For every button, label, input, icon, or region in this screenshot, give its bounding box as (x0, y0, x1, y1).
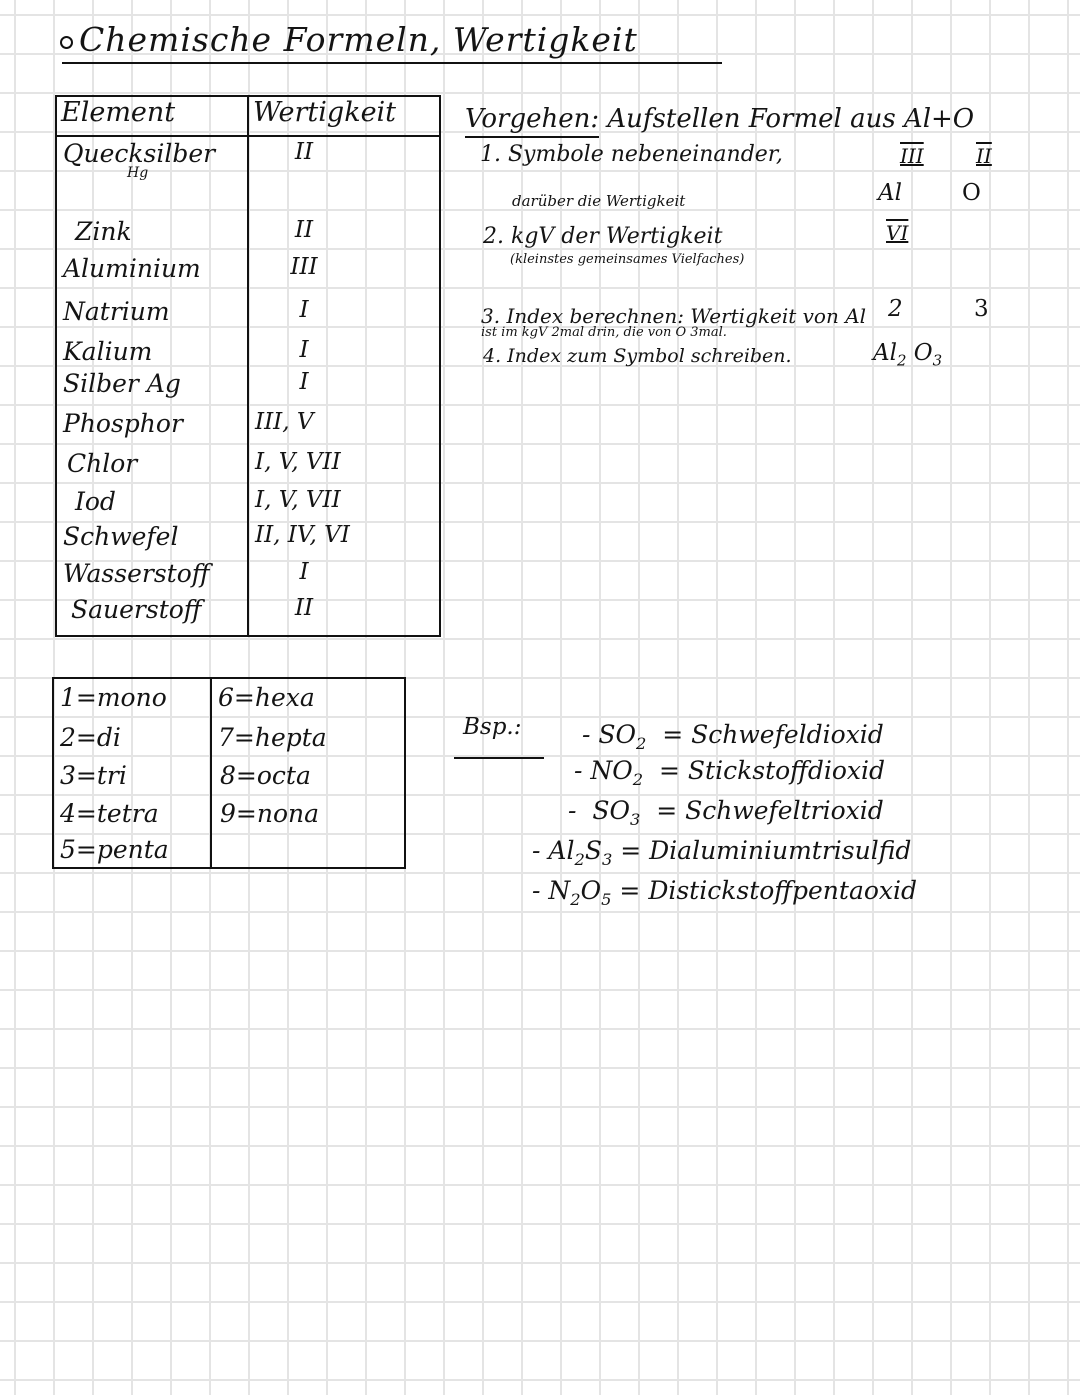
procedure-heading-rest: Aufstellen Formel aus Al+O (607, 104, 974, 134)
valence-o: II (976, 144, 992, 168)
symbol-o: O (962, 180, 981, 206)
element-name: Chlor (67, 449, 137, 478)
compound-name: Schwefeldioxid (691, 720, 884, 749)
element-name: Phosphor (63, 409, 183, 438)
step-2: 2. kgV der Wertigkeit (483, 224, 722, 249)
example-item: - NO2 = Stickstoffdioxid (574, 756, 885, 789)
step-3-detail: ist im kgV 2mal drin, die von O 3mal. (481, 325, 727, 340)
element-name: Natrium (63, 297, 170, 326)
compound-name: Stickstoffdioxid (688, 756, 885, 785)
step-1: 1. Symbole nebeneinander, (480, 142, 783, 167)
element-valence: II, IV, VI (255, 522, 350, 548)
procedure-heading-label: Vorgehen: (465, 104, 599, 138)
table-row: Natrium I (57, 297, 439, 327)
element-name: Quecksilber (63, 139, 215, 168)
result-o: O (914, 340, 933, 366)
formula-part: O (581, 876, 602, 905)
formula-part: N (548, 876, 570, 905)
formula-part: SO (598, 720, 636, 749)
example-item: - SO2 = Schwefeldioxid (582, 720, 884, 753)
element-name: Iod (75, 487, 116, 516)
kgv-value: VI (886, 221, 908, 245)
formula-index: 2 (633, 770, 643, 789)
element-valence: II (249, 595, 359, 621)
table-row: Chlor I, V, VII (57, 449, 439, 479)
formula-index: 2 (636, 734, 646, 753)
element-valence: II (249, 217, 359, 243)
element-valence: I, V, VII (255, 487, 341, 513)
formula-index: 3 (602, 850, 612, 869)
element-name: Zink (75, 217, 132, 246)
result-al-index: 2 (897, 352, 907, 370)
examples-label-underline (454, 757, 544, 759)
formula-index: 2 (574, 850, 584, 869)
compound-name: Schwefeltrioxid (685, 796, 884, 825)
prefix-item: 4=tetra (60, 799, 159, 828)
table-row: Schwefel II, IV, VI (57, 522, 439, 552)
element-name: Silber Ag (63, 369, 181, 398)
element-valence: II (249, 139, 359, 165)
prefix-table-divider (210, 679, 212, 867)
table-row: Kalium I (57, 337, 439, 367)
page-title: Chemische Formeln, Wertigkeit (60, 20, 638, 59)
compound-name: Dialuminiumtrisulfid (649, 836, 911, 865)
table-row: Silber Ag I (57, 369, 439, 399)
example-item: - Al2S3 = Dialuminiumtrisulfid (532, 836, 911, 869)
table-row: Iod I, V, VII (57, 487, 439, 517)
symbol-al: Al (878, 180, 902, 206)
element-name: Aluminium (63, 254, 201, 283)
prefix-item: 2=di (60, 723, 121, 752)
compound-name: Distickstoffpentaoxid (648, 876, 917, 905)
valence-table: Element Wertigkeit Quecksilber Hg II Zin… (55, 95, 441, 637)
element-name: Kalium (63, 337, 152, 366)
element-valence: I, V, VII (255, 449, 341, 475)
procedure-heading: Vorgehen: Aufstellen Formel aus Al+O (465, 104, 974, 134)
table-row: Zink II (57, 217, 439, 247)
element-symbol: Hg (127, 165, 148, 181)
example-item: - N2O5 = Distickstoffpentaoxid (532, 876, 917, 909)
result-al: Al (873, 340, 897, 366)
step-2-detail: (kleinstes gemeinsames Vielfaches) (510, 252, 744, 267)
element-valence: I (249, 559, 359, 585)
element-valence: III (249, 254, 359, 280)
element-name: Schwefel (63, 522, 178, 551)
element-valence: III, V (255, 409, 314, 435)
element-valence: I (249, 337, 359, 363)
prefix-item: 3=tri (60, 761, 127, 790)
page-title-text: Chemische Formeln, Wertigkeit (79, 20, 638, 59)
table-row: Wasserstoff I (57, 559, 439, 589)
result-o-index: 3 (933, 352, 943, 370)
formula-part: NO (590, 756, 632, 785)
prefix-item: 5=penta (60, 835, 169, 864)
formula-part: S (585, 836, 602, 865)
table-row: Sauerstoff II (57, 595, 439, 625)
prefix-item: 7=hepta (218, 723, 327, 752)
examples-label: Bsp.: (463, 714, 522, 740)
formula-index: 5 (601, 890, 611, 909)
header-element: Element (61, 97, 175, 128)
table-row: Aluminium III (57, 254, 439, 284)
prefix-item: 8=octa (220, 761, 311, 790)
prefix-item: 9=nona (220, 799, 319, 828)
valence-al: III (900, 144, 924, 168)
index-al: 2 (888, 296, 903, 322)
element-valence: I (249, 297, 359, 323)
prefix-item: 1=mono (60, 683, 167, 712)
prefix-item: 6=hexa (218, 683, 315, 712)
formula-index: 2 (570, 890, 580, 909)
element-name: Wasserstoff (63, 559, 209, 588)
table-header-divider (57, 135, 439, 137)
formula-part: SO (592, 796, 630, 825)
step-1-detail: darüber die Wertigkeit (512, 192, 685, 210)
result-formula: Al2 O3 (873, 340, 942, 370)
table-row: Quecksilber Hg II (57, 139, 439, 169)
header-valence: Wertigkeit (253, 97, 396, 128)
prefix-table: 1=mono 2=di 3=tri 4=tetra 5=penta 6=hexa… (52, 677, 406, 869)
index-o: 3 (974, 296, 989, 322)
element-valence: I (249, 369, 359, 395)
formula-index: 3 (630, 810, 640, 829)
table-row: Phosphor III, V (57, 409, 439, 439)
bullet-icon (60, 36, 73, 49)
formula-part: Al (548, 836, 574, 865)
step-4: 4. Index zum Symbol schreiben. (483, 345, 792, 367)
title-underline (62, 62, 722, 64)
example-item: - SO3 = Schwefeltrioxid (568, 796, 884, 829)
element-name: Sauerstoff (71, 595, 202, 624)
